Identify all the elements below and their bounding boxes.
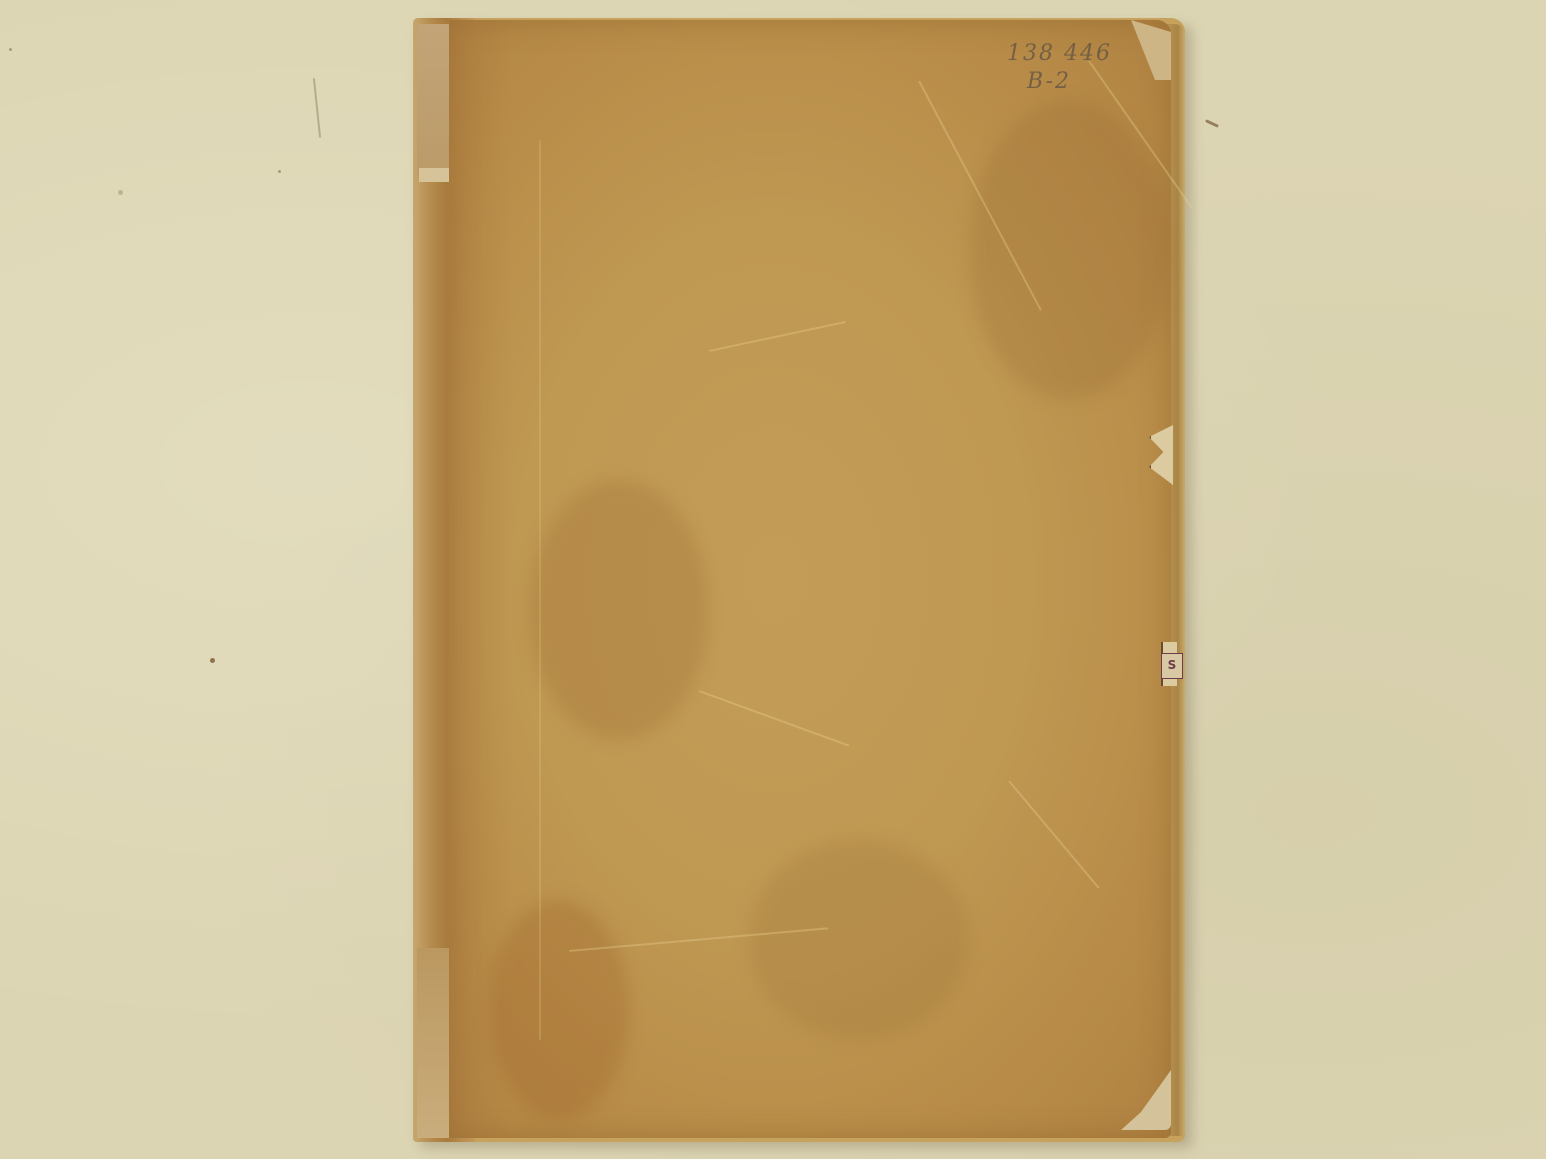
cover-stain [529,480,709,740]
cover-scratch [699,690,850,747]
book-front-cover: 138 446 B-2 S [449,20,1171,1138]
cover-stain [969,100,1169,400]
cover-corner-wear [1131,20,1171,80]
cover-scratch [709,321,846,352]
cover-corner-wear [1121,1070,1171,1130]
background-speck [9,48,12,51]
photo: 138 446 B-2 S [0,0,1546,1159]
book: 138 446 B-2 S [413,18,1185,1142]
handwritten-line-1: 138 446 [1007,41,1112,66]
background-pencil-mark [313,78,321,138]
cover-tear [1149,425,1173,485]
cover-scratch [1008,780,1100,889]
cover-stain [749,840,969,1040]
background-pencil-mark [1205,119,1219,128]
background-speck [210,658,215,663]
handwritten-catalog-number: 138 446 B-2 [1007,40,1112,96]
handwritten-line-2: B-2 [1007,68,1112,96]
cover-stain [489,900,629,1120]
cover-scratch [539,140,541,1040]
label-fragment: S [1161,653,1183,679]
background-speck [278,170,281,173]
background-speck [118,190,123,195]
